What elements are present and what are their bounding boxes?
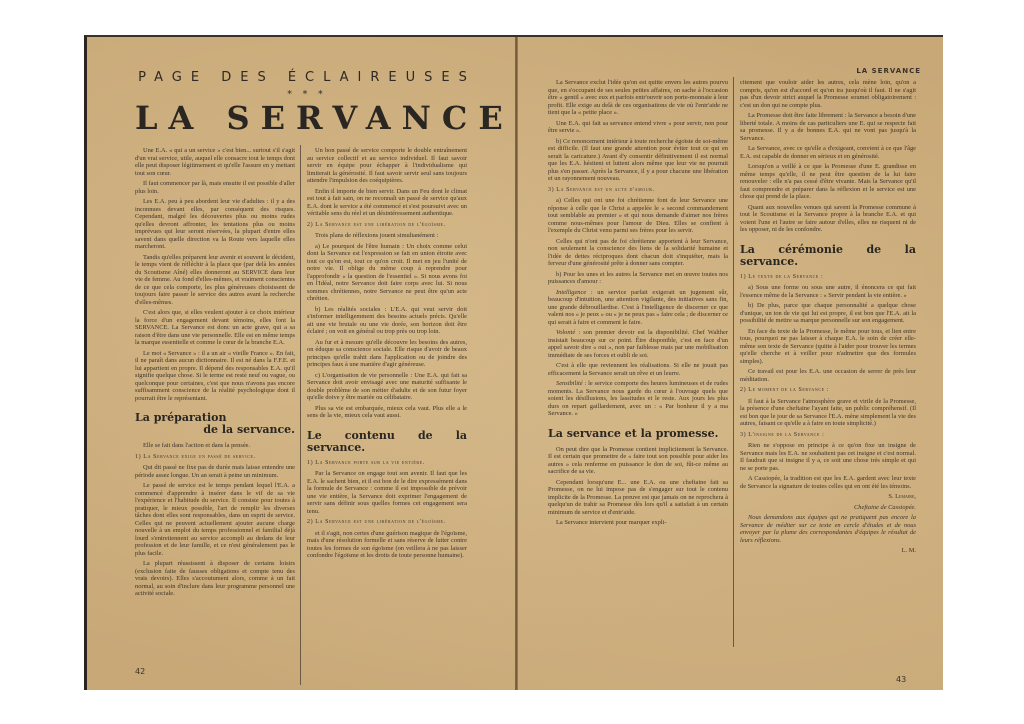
author-role: Cheftaine de Cassiopée.: [740, 504, 916, 512]
numbered-item: 2) Le moment de la Servance :: [740, 387, 916, 395]
page-number-left: 42: [135, 667, 145, 676]
paragraph: Une E.A. qui fait sa servance entend viv…: [548, 120, 728, 135]
section-heading-ceremonie: La cérémonie de la servance.: [740, 244, 916, 268]
paragraph: Lorsqu'on a veillé à ce que la Promesse …: [740, 163, 916, 201]
paragraph: Il faut à la Servance l'atmosphère grave…: [740, 398, 916, 428]
paragraph: Elle se fait dans l'action et dans la pe…: [135, 442, 295, 450]
paragraph: Une E.A. « qui a un service » c'est bien…: [135, 147, 295, 177]
paragraph: C'est alors que, si elles veulent ajoute…: [135, 309, 295, 347]
paragraph: La plupart réussissent à disposer de cer…: [135, 560, 295, 598]
paragraph: b) Ce renoncement intérieur à toute rech…: [548, 138, 728, 183]
numbered-item: 2) La Servance est une libération de l'é…: [307, 519, 467, 527]
left-page: PAGE DES ÉCLAIREUSES * * * LA SERVANCE U…: [87, 37, 515, 690]
numbered-item: 3) La Servance est un acte d'amour.: [548, 187, 728, 195]
paragraph: Celles qui n'ont pas de foi chrétienne a…: [548, 238, 728, 268]
paragraph: b) De plus, parce que chaque personnalit…: [740, 302, 916, 325]
paragraph: a) Le pourquoi de l'être humain : Un cho…: [307, 243, 467, 303]
paragraph: La Servance, avec ce qu'elle a d'exigean…: [740, 145, 916, 160]
left-column-2: Un bon passé de service comporte le doub…: [307, 147, 467, 563]
section-heading-preparation: La préparation de la servance.: [135, 412, 295, 436]
paragraph: A Cassiopée, la tradition est que les E.…: [740, 475, 916, 490]
editor-initials: L. M.: [740, 547, 916, 555]
paragraph: La Promesse doit être faite librement : …: [740, 112, 916, 142]
paragraph: c) L'organisation de vie personnelle : U…: [307, 372, 467, 402]
paragraph: Par la Servance on engage tout son aveni…: [307, 470, 467, 515]
paragraph: citement que vouloir aider les autres, c…: [740, 79, 916, 109]
paragraph: La Servance intervient pour marquer expl…: [548, 519, 728, 527]
paragraph: Cependant lorsqu'une E... une E.A. ou un…: [548, 479, 728, 517]
section-kicker: PAGE DES ÉCLAIREUSES: [137, 70, 477, 85]
right-page: LA SERVANCE La Servance exclut l'idée qu…: [518, 37, 943, 690]
term-text: : son premier devoir est la disponibilit…: [548, 329, 728, 359]
paragraph: Rien ne s'oppose en principe à ce qu'on …: [740, 442, 916, 472]
paragraph: Plus sa vie est embarquée, mieux cela va…: [307, 405, 467, 420]
paragraph: b) Les réalités sociales : L'E.A. qui ve…: [307, 306, 467, 336]
paragraph: Un bon passé de service comporte le doub…: [307, 147, 467, 185]
paragraph: a) Sous une forme ou sous une autre, il …: [740, 284, 916, 299]
magazine-spread: PAGE DES ÉCLAIREUSES * * * LA SERVANCE U…: [84, 35, 943, 690]
paragraph: Le passé de service est le temps pendant…: [135, 482, 295, 557]
term-label: Intelligence: [556, 289, 586, 296]
paragraph: Volonté : son premier devoir est la disp…: [548, 329, 728, 359]
paragraph: Quant aux nouvelles venues qui savent la…: [740, 204, 916, 234]
paragraph: Les E.A. peu à peu abordent leur vie d'a…: [135, 198, 295, 251]
paragraph: Tandis qu'elles préparent leur avenir et…: [135, 254, 295, 307]
numbered-item: 1) La Servance porte sur la vie entière.: [307, 460, 467, 468]
paragraph: Il faut commencer par là, mais ensuite i…: [135, 180, 295, 195]
left-column-1: Une E.A. « qui a un service » c'est bien…: [135, 147, 295, 601]
numbered-item: 1) La Servance exige un passé de service…: [135, 454, 295, 462]
running-head: LA SERVANCE: [856, 67, 921, 75]
heading-line-2: de la servance.: [135, 424, 295, 436]
paragraph: Au fur et à mesure qu'elle découvre les …: [307, 339, 467, 369]
paragraph: Sensibilité : le service comporte des he…: [548, 380, 728, 418]
paragraph: En face du texte de la Promesse, le même…: [740, 328, 916, 366]
section-heading-contenu: Le contenu de la servance.: [307, 430, 467, 454]
paragraph: b) Pour les unes et les autres la Servan…: [548, 271, 728, 286]
author-signature: S. Lemaire,: [740, 493, 916, 501]
term-label: Volonté: [556, 329, 575, 336]
paragraph: Intelligence : un service parfait exiger…: [548, 289, 728, 327]
paragraph: C'est à elle que reviennent les réalisat…: [548, 362, 728, 377]
editor-note: Nous demandons aux équipes qui ne pratiq…: [740, 514, 916, 544]
column-divider: [300, 145, 301, 685]
paragraph: Qui dit passé ne fixe pas de durée mais …: [135, 464, 295, 479]
paragraph: Le mot « Servance » : il a un air « viei…: [135, 350, 295, 403]
paragraph: a) Celles qui ont une foi chrétienne fon…: [548, 197, 728, 235]
paragraph: Enfin il importe de bien servir. Dans un…: [307, 188, 467, 218]
paragraph: Trois plans de réflexions jouent simulta…: [307, 232, 467, 240]
numbered-item: 1) Le texte de la Servance :: [740, 274, 916, 282]
numbered-item: 3) L'insigne de la Servance :: [740, 432, 916, 440]
paragraph: La Servance exclut l'idée qu'on est quit…: [548, 79, 728, 117]
section-heading-promesse: La servance et la promesse.: [548, 428, 728, 440]
column-divider: [733, 77, 734, 647]
right-column-2: citement que vouloir aider les autres, c…: [740, 79, 916, 558]
paragraph: On peut dire que la Promesse contient im…: [548, 446, 728, 476]
term-label: Sensibilité: [556, 380, 583, 387]
right-column-1: La Servance exclut l'idée qu'on est quit…: [548, 79, 728, 530]
paragraph: Ce travail est pour les E.A. une occasio…: [740, 368, 916, 383]
numbered-item: 2) La Servance est une libération de l'é…: [307, 222, 467, 230]
paragraph: et il s'agit, non certes d'une guérison …: [307, 530, 467, 560]
article-title: LA SERVANCE: [135, 99, 480, 137]
page-number-right: 43: [896, 675, 906, 684]
